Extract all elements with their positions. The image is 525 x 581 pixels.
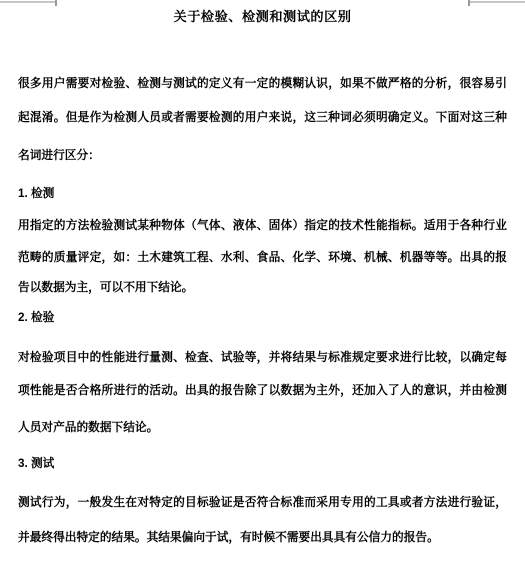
section-body-line: 告以数据为主，可以不用下结论。 — [18, 280, 507, 296]
section-body-line: 范畴的质量评定，如：土木建筑工程、水利、食品、化学、环境、机械、机器等等。出具的… — [18, 250, 507, 266]
margin-crop-mark-top-right — [468, 1, 525, 3]
section-body-line: 对检验项目中的性能进行量测、检查、试验等，并将结果与标准规定要求进行比较，以确定… — [18, 350, 507, 366]
section-heading: 1. 检测 — [18, 186, 507, 202]
intro-line: 很多用户需要对检验、检测与测试的定义有一定的模糊认识，如果不做严格的分析，很容易… — [18, 76, 507, 92]
section-body-line: 并最终得出特定的结果。其结果偏向于试，有时候不需要出具具有公信力的报告。 — [18, 530, 507, 546]
section-body-line: 项性能是否合格所进行的活动。出具的报告除了以数据为主外，还加入了人的意识，并由检… — [18, 383, 507, 399]
margin-crop-mark-top-right-tick — [468, 0, 470, 6]
intro-line: 起混淆。但是作为检测人员或者需要检测的用户来说，这三种词必须明确定义。下面对这三… — [18, 110, 507, 126]
section-heading: 3. 测试 — [18, 456, 507, 472]
document-title: 关于检验、检测和测试的区别 — [0, 7, 525, 27]
margin-crop-mark-top-left — [0, 1, 57, 3]
section-body-line: 用指定的方法检验测试某种物体（气体、液体、固体）指定的技术性能指标。适用于各种行… — [18, 218, 507, 234]
document-page[interactable]: 关于检验、检测和测试的区别 很多用户需要对检验、检测与测试的定义有一定的模糊认识… — [0, 0, 525, 581]
section-heading: 2. 检验 — [18, 310, 507, 326]
margin-crop-mark-top-left-tick — [55, 0, 57, 6]
intro-line: 名词进行区分： — [18, 148, 507, 164]
section-body-line: 测试行为，一般发生在对特定的目标验证是否符合标准而采用专用的工具或者方法进行验证… — [18, 495, 507, 511]
section-body-line: 人员对产品的数据下结论。 — [18, 420, 507, 436]
